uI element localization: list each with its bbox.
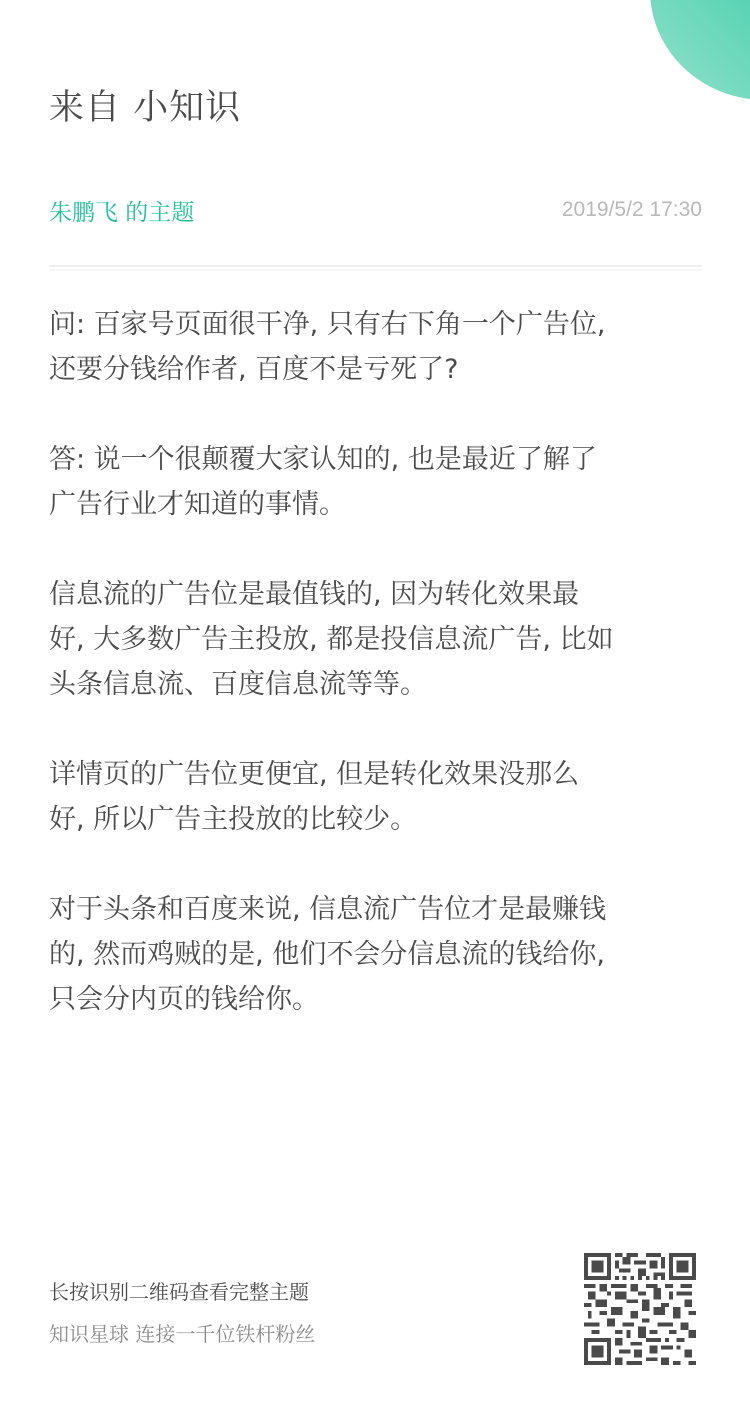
timestamp: 2019/5/2 17:30 (562, 198, 702, 222)
decorative-corner-circle (650, 0, 750, 100)
footer: 长按识别二维码查看完整主题 知识星球 连接一千位铁杆粉丝 (49, 1277, 315, 1349)
topic-content: 问: 百家号页面很干净, 只有右下角一个广告位, 还要分钱给作者, 百度不是亏死… (49, 302, 709, 1067)
qr-instruction: 长按识别二维码查看完整主题 (49, 1277, 315, 1307)
source-title: 来自 小知识 (49, 80, 241, 130)
paragraph-body: 详情页的广告位更便宜, 但是转化效果没那么 好, 所以广告主投放的比较少。 (49, 752, 709, 842)
paragraph-body: 信息流的广告位是最值钱的, 因为转化效果最 好, 大多数广告主投放, 都是投信息… (49, 572, 709, 707)
meta-row: 朱鹏飞 的主题 2019/5/2 17:30 (49, 193, 702, 227)
paragraph-answer: 答: 说一个很颠覆大家认知的, 也是最近了解了 广告行业才知道的事情。 (49, 437, 709, 527)
author-topic-link[interactable]: 朱鹏飞 的主题 (49, 194, 194, 227)
paragraph-body: 对于头条和百度来说, 信息流广告位才是最赚钱 的, 然而鸡贼的是, 他们不会分信… (49, 887, 709, 1022)
qr-code-icon[interactable] (584, 1253, 696, 1365)
paragraph-question: 问: 百家号页面很干净, 只有右下角一个广告位, 还要分钱给作者, 百度不是亏死… (49, 302, 709, 392)
divider (49, 265, 702, 271)
footer-tagline: 知识星球 连接一千位铁杆粉丝 (49, 1319, 315, 1349)
